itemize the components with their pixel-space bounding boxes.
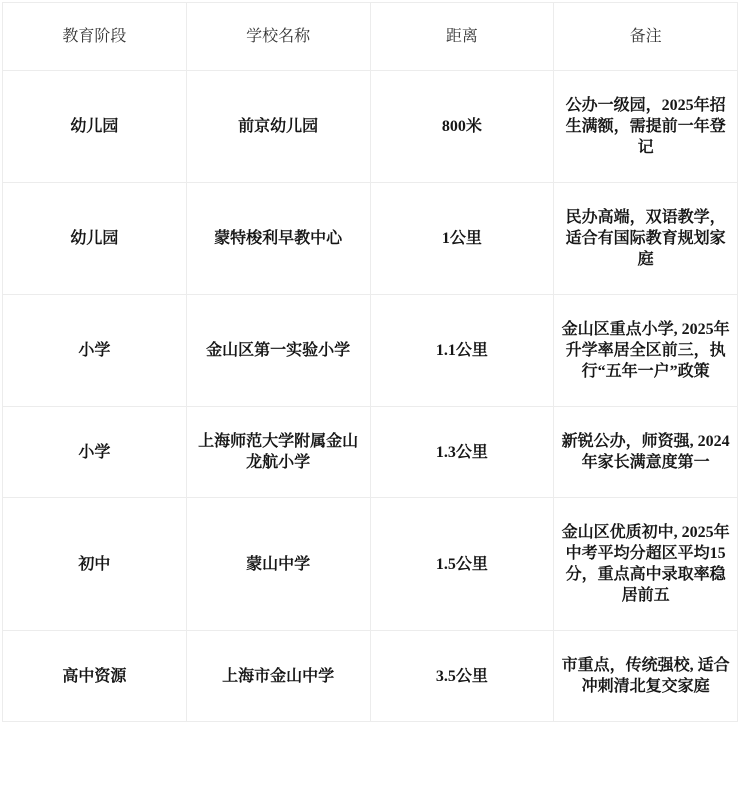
column-header-note: 备注: [554, 3, 738, 71]
table-row: 初中 蒙山中学 1.5公里 金山区优质初中, 2025年中考平均分超区平均15分…: [3, 498, 738, 631]
cell-school: 蒙特梭利早教中心: [186, 183, 370, 295]
cell-note: 民办高端，双语教学，适合有国际教育规划家庭: [554, 183, 738, 295]
cell-stage: 高中资源: [3, 631, 187, 722]
cell-distance: 3.5公里: [370, 631, 554, 722]
table-header-row: 教育阶段 学校名称 距离 备注: [3, 3, 738, 71]
cell-note: 金山区优质初中, 2025年中考平均分超区平均15分，重点高中录取率稳居前五: [554, 498, 738, 631]
cell-stage: 幼儿园: [3, 71, 187, 183]
cell-distance: 1.1公里: [370, 295, 554, 407]
cell-stage: 幼儿园: [3, 183, 187, 295]
cell-stage: 初中: [3, 498, 187, 631]
cell-distance: 1公里: [370, 183, 554, 295]
cell-distance: 800米: [370, 71, 554, 183]
cell-distance: 1.5公里: [370, 498, 554, 631]
table-row: 小学 上海师范大学附属金山龙航小学 1.3公里 新锐公办，师资强, 2024年家…: [3, 407, 738, 498]
column-header-stage: 教育阶段: [3, 3, 187, 71]
column-header-distance: 距离: [370, 3, 554, 71]
column-header-school: 学校名称: [186, 3, 370, 71]
page: 教育阶段 学校名称 距离 备注 幼儿园 前京幼儿园 800米 公办一级园，202…: [0, 0, 740, 785]
cell-stage: 小学: [3, 295, 187, 407]
cell-school: 上海师范大学附属金山龙航小学: [186, 407, 370, 498]
cell-distance: 1.3公里: [370, 407, 554, 498]
cell-note: 公办一级园，2025年招生满额，需提前一年登记: [554, 71, 738, 183]
cell-school: 上海市金山中学: [186, 631, 370, 722]
cell-note: 金山区重点小学, 2025年升学率居全区前三，执行“五年一户”政策: [554, 295, 738, 407]
table-row: 小学 金山区第一实验小学 1.1公里 金山区重点小学, 2025年升学率居全区前…: [3, 295, 738, 407]
table-row: 高中资源 上海市金山中学 3.5公里 市重点，传统强校, 适合冲刺清北复交家庭: [3, 631, 738, 722]
cell-note: 新锐公办，师资强, 2024年家长满意度第一: [554, 407, 738, 498]
table-row: 幼儿园 蒙特梭利早教中心 1公里 民办高端，双语教学，适合有国际教育规划家庭: [3, 183, 738, 295]
school-info-table: 教育阶段 学校名称 距离 备注 幼儿园 前京幼儿园 800米 公办一级园，202…: [2, 2, 738, 722]
cell-school: 金山区第一实验小学: [186, 295, 370, 407]
cell-school: 前京幼儿园: [186, 71, 370, 183]
cell-school: 蒙山中学: [186, 498, 370, 631]
table-row: 幼儿园 前京幼儿园 800米 公办一级园，2025年招生满额，需提前一年登记: [3, 71, 738, 183]
cell-stage: 小学: [3, 407, 187, 498]
cell-note: 市重点，传统强校, 适合冲刺清北复交家庭: [554, 631, 738, 722]
